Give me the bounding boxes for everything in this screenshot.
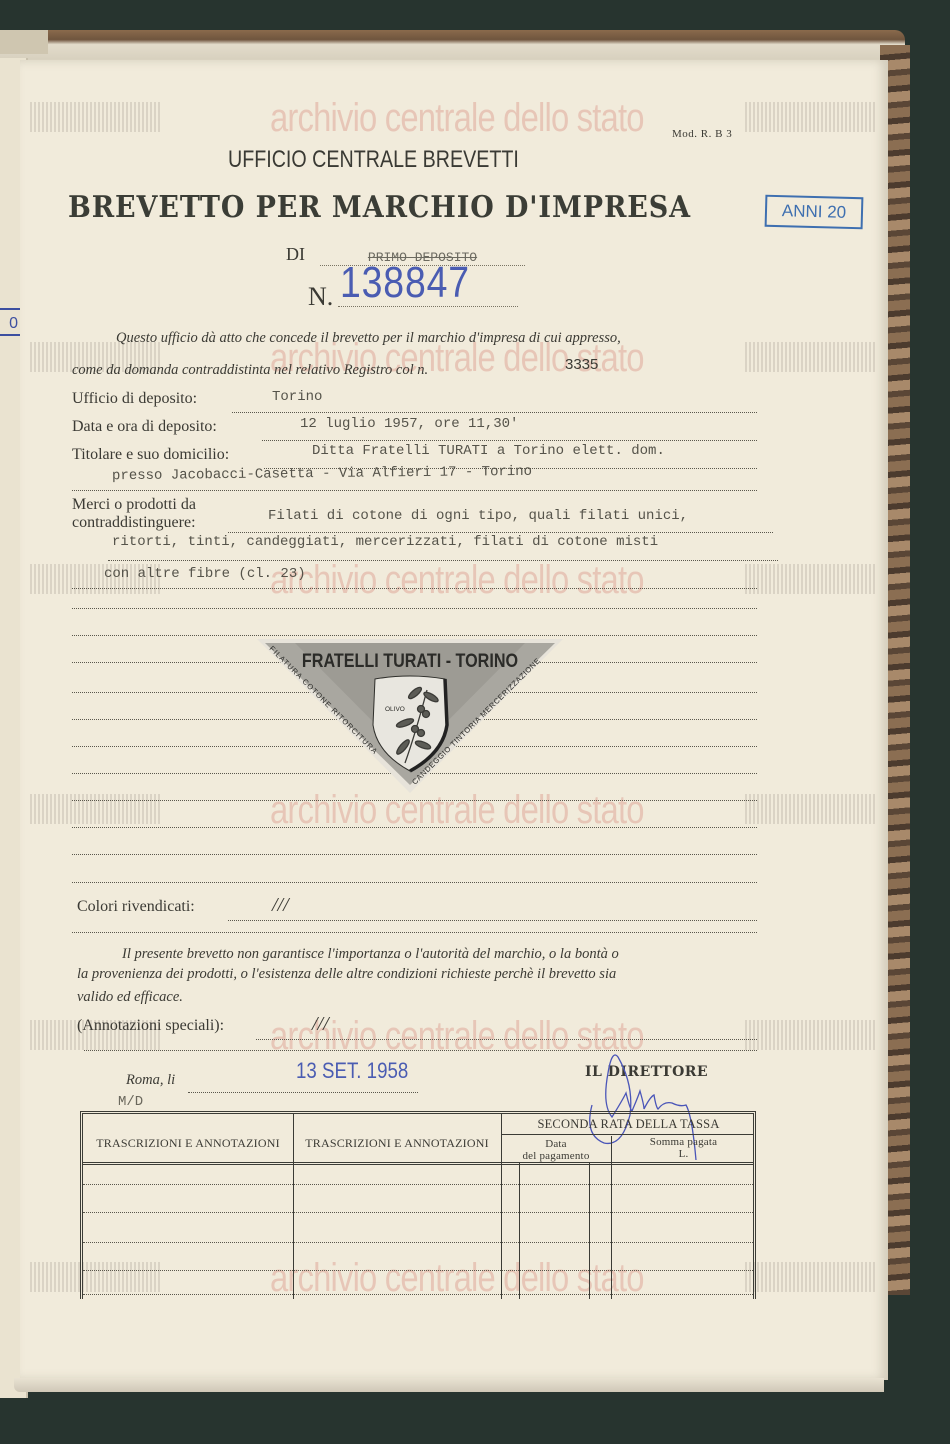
disclaimer-line-2: la provenienza dei prodotti, o l'esisten…: [77, 966, 616, 983]
merci-value-2: ritorti, tinti, candeggiati, mercerizzat…: [112, 534, 658, 550]
merci-value-1: Filati di cotone di ogni tipo, quali fil…: [268, 508, 688, 524]
previous-page-stamp: 0: [0, 308, 22, 336]
svg-text:OLIVO: OLIVO: [385, 706, 405, 713]
header-seconda-rata: SECONDA RATA DELLA TASSA: [501, 1117, 756, 1132]
blank-line: [72, 827, 757, 828]
ufficio-label: Ufficio di deposito:: [72, 390, 197, 408]
header-trascrizioni-1: TRASCRIZIONI E ANNOTAZIONI: [83, 1136, 293, 1151]
data-label: Data e ora di deposito:: [72, 418, 217, 436]
colori-label: Colori rivendicati:: [77, 898, 195, 916]
table-row: [83, 1184, 753, 1185]
number-label: N.: [308, 282, 333, 312]
form-model-code: Mod. R. B 3: [672, 128, 732, 140]
svg-text:FRATELLI TURATI - TORINO: FRATELLI TURATI - TORINO: [302, 650, 518, 672]
book-bottom-edge: [14, 1378, 884, 1392]
initials: M/D: [118, 1094, 143, 1110]
annotazioni-label: (Annotazioni speciali):: [77, 1017, 224, 1035]
annotazioni-value: ///: [312, 1013, 329, 1036]
colori-field: [228, 908, 757, 921]
merci-label-1: Merci o prodotti da: [72, 496, 196, 514]
annotazioni-field: [256, 1027, 757, 1040]
merci-label-2: contraddistinguere:: [72, 514, 196, 532]
header-somma-pagata: Somma pagataL.: [611, 1136, 756, 1160]
number-underline: [338, 306, 518, 307]
ufficio-value: Torino: [272, 389, 322, 405]
blank-line: [72, 932, 757, 933]
colori-value: ///: [272, 894, 289, 917]
titolare-value-1: Ditta Fratelli TURATI a Torino elett. do…: [312, 443, 665, 459]
preamble-line-1: Questo ufficio dà atto che concede il br…: [116, 330, 621, 347]
blank-line: [72, 608, 757, 609]
transcriptions-table: TRASCRIZIONI E ANNOTAZIONI TRASCRIZIONI …: [80, 1111, 756, 1299]
header-trascrizioni-2: TRASCRIZIONI E ANNOTAZIONI: [293, 1136, 501, 1151]
disclaimer-line-1: Il presente brevetto non garantisce l'im…: [122, 946, 619, 963]
blank-line: [72, 800, 757, 801]
trademark-logo: FRATELLI TURATI - TORINO OLIVO FILATURA …: [255, 635, 565, 795]
table-row: [83, 1270, 753, 1271]
header-data-pagamento: Datadel pagamento: [501, 1138, 611, 1162]
date-stamp: 13 SET. 1958: [296, 1058, 408, 1084]
titolare-label: Titolare e suo domicilio:: [72, 446, 229, 464]
di-label: DI: [286, 244, 305, 265]
table-row: [83, 1212, 753, 1213]
table-row: [83, 1242, 753, 1243]
place-label: Roma, li: [126, 1072, 175, 1089]
office-heading: UFFICIO CENTRALE BREVETTI: [228, 146, 519, 174]
patent-number: 138847: [340, 258, 470, 308]
blank-line: [72, 882, 757, 883]
preamble-line-2: come da domanda contraddistinta nel rela…: [72, 362, 428, 379]
disclaimer-line-3: valido ed efficace.: [77, 989, 183, 1006]
term-stamp: ANNI 20: [765, 195, 864, 230]
merci-value-3: con altre fibre (cl. 23): [104, 566, 306, 582]
blank-line: [72, 854, 757, 855]
table-row: [83, 1294, 753, 1295]
book-binding-cloth: [0, 30, 48, 54]
document-title: BREVETTO PER MARCHIO D'IMPRESA: [68, 190, 691, 225]
register-number: 3335: [565, 356, 598, 373]
data-value: 12 luglio 1957, ore 11,30': [300, 416, 518, 432]
